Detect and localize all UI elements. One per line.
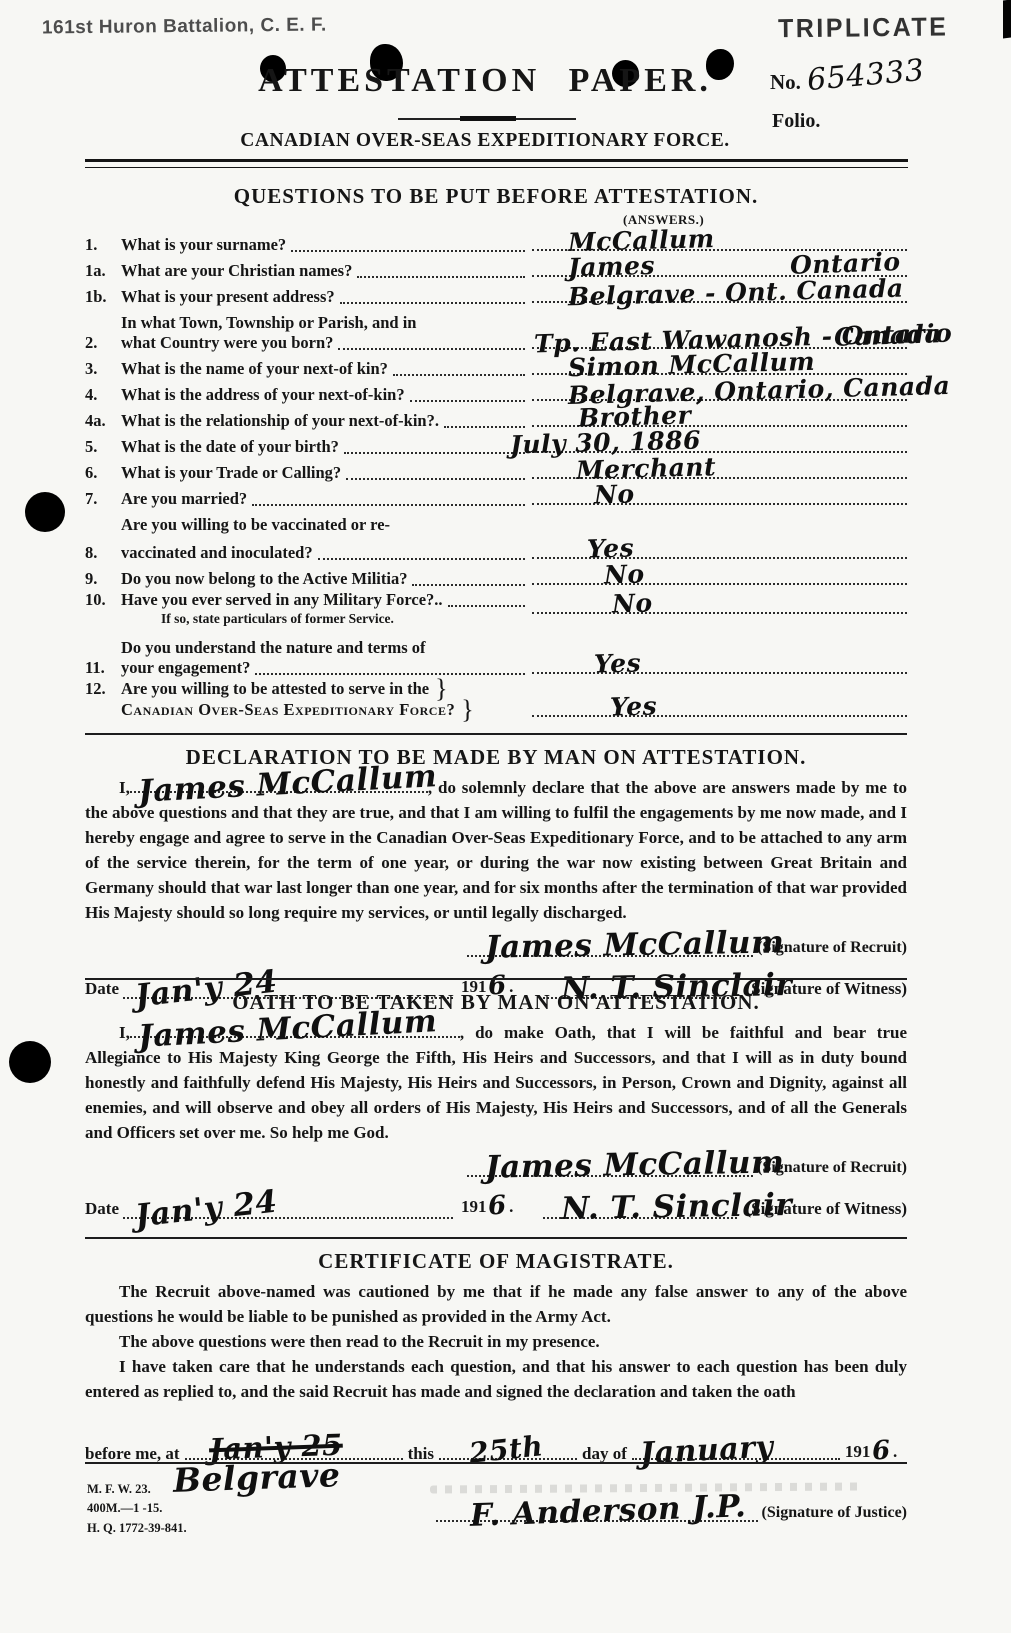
- declaration-paragraph: I,James McCallum, do solemnly declare th…: [85, 775, 907, 925]
- question-number: 5.: [85, 437, 121, 458]
- question-text: vaccinated and inoculated?: [121, 543, 313, 564]
- year-period: .: [509, 1197, 513, 1216]
- header-rule: [85, 159, 908, 168]
- hole-punch: [25, 492, 65, 532]
- question-row: 1b. What is your present address? Belgra…: [85, 282, 907, 308]
- serial-number-label: No.: [770, 70, 801, 95]
- question-row: 5. What is the date of your birth? July …: [85, 432, 907, 458]
- date-label: Date: [85, 1199, 119, 1219]
- oath-name-line: James McCallum: [130, 1024, 460, 1038]
- brace-glyph: }: [461, 700, 473, 721]
- question-line: what Country were you born?: [121, 333, 526, 354]
- answer-line: No: [532, 583, 907, 585]
- declarant-name-line: James McCallum: [130, 779, 428, 793]
- question-number: 4a.: [85, 411, 121, 432]
- question-number: 1.: [85, 235, 121, 256]
- question-row: 4a. What is the relationship of your nex…: [85, 406, 907, 432]
- question-line: What is your surname?: [121, 235, 526, 256]
- question-line: What is the relationship of your next-of…: [121, 411, 526, 432]
- question-row: 6. What is your Trade or Calling? Mercha…: [85, 458, 907, 484]
- dotted-leader: [448, 605, 525, 607]
- question-row: 9. Do you now belong to the Active Milit…: [85, 564, 907, 590]
- question-text: Are you married?: [121, 489, 247, 510]
- question-line: Do you understand the nature and terms o…: [121, 638, 526, 659]
- signature-line: James McCallum: [467, 1165, 753, 1177]
- question-number: 12.: [85, 679, 121, 700]
- question-text: Have you ever served in any Military For…: [121, 590, 443, 611]
- handwritten-answer: No: [612, 587, 653, 619]
- year-group: 1916.: [461, 1189, 513, 1219]
- year-printed: 191: [845, 1442, 871, 1461]
- question-line: What is the address of your next-of-kin?: [121, 385, 526, 406]
- handwritten-name: James McCallum: [137, 1009, 437, 1050]
- dotted-leader: [255, 673, 525, 675]
- triplicate-stamp: TRIPLICATE: [778, 12, 949, 44]
- question-line: What is your present address?: [121, 287, 526, 308]
- question-line: In what Town, Township or Parish, and in: [121, 313, 526, 334]
- hq-code: H. Q. 1772-39-841.: [87, 1519, 907, 1538]
- before-me-label: before me, at: [85, 1444, 180, 1464]
- question-body: Do you understand the nature and terms o…: [121, 638, 526, 679]
- question-line: What is the date of your birth?: [121, 437, 526, 458]
- title-divider: [398, 118, 576, 120]
- question-text: What are your Christian names?: [121, 261, 352, 282]
- date-line: Jan'y 24: [123, 1207, 453, 1219]
- question-number: 1a.: [85, 261, 121, 282]
- question-number: 1b.: [85, 287, 121, 308]
- question-number: 11.: [85, 658, 121, 679]
- question-line: Are you married?: [121, 489, 526, 510]
- question-line: Do you now belong to the Active Militia?: [121, 569, 526, 590]
- question-line: What is the name of your next-of kin?: [121, 359, 526, 380]
- question-body: What is the name of your next-of kin?: [121, 359, 526, 380]
- question-text: Do you now belong to the Active Militia?: [121, 569, 407, 590]
- section-rule: [85, 733, 907, 735]
- oath-body-bold: King George the Fifth,: [284, 1048, 455, 1067]
- question-row: 10. Have you ever served in any Military…: [85, 590, 907, 633]
- year-printed: 191: [461, 1197, 487, 1216]
- oath-intro: I,: [119, 1023, 130, 1042]
- question-number: 10.: [85, 590, 121, 611]
- declaration-heading: DECLARATION TO BE MADE BY MAN ON ATTESTA…: [85, 745, 907, 770]
- signature-line: N. T. Sinclair: [543, 1207, 737, 1219]
- question-body: What are your Christian names?: [121, 261, 526, 282]
- answer-line: Yes: [532, 715, 907, 717]
- title-divider-center: [460, 116, 516, 121]
- question-row: 4. What is the address of your next-of-k…: [85, 380, 907, 406]
- certificate-paragraph: The Recruit above-named was cautioned by…: [85, 1279, 907, 1329]
- question-text: What is the address of your next-of-kin?: [121, 385, 405, 406]
- place-line: Jan'y 25 Belgrave: [185, 1450, 403, 1460]
- signature-line: James McCallum: [467, 945, 753, 957]
- year-period: .: [893, 1442, 897, 1461]
- handwritten-answer: Canada: [833, 318, 941, 353]
- question-note: If so, state particulars of former Servi…: [121, 612, 526, 627]
- question-text: In what Town, Township or Parish, and in: [121, 313, 416, 334]
- questions-heading: QUESTIONS TO BE PUT BEFORE ATTESTATION.: [85, 184, 907, 209]
- question-text: Do you understand the nature and terms o…: [121, 638, 426, 659]
- question-number: 6.: [85, 463, 121, 484]
- answer-line: July 30, 1886: [532, 451, 907, 453]
- question-row: 11. Do you understand the nature and ter…: [85, 633, 907, 679]
- dotted-leader: [412, 584, 525, 586]
- handwritten-answer: James: [568, 250, 656, 284]
- dotted-leader: [410, 400, 525, 402]
- answer-line: Belgrave, Ontario, Canada: [532, 399, 907, 401]
- question-text: your engagement?: [121, 658, 250, 679]
- answer-line: Belgrave - Ont. Canada: [532, 301, 907, 303]
- year-group: 1916.: [845, 1434, 897, 1464]
- oath-section: OATH TO BE TAKEN BY MAN ON ATTESTATION. …: [85, 978, 907, 1219]
- question-text: What is the date of your birth?: [121, 437, 339, 458]
- question-body: What is your surname?: [121, 235, 526, 256]
- question-text: What is your present address?: [121, 287, 335, 308]
- dotted-leader: [346, 478, 525, 480]
- dotted-leader: [444, 426, 525, 428]
- dotted-leader: [340, 302, 525, 304]
- question-line: What is your Trade or Calling?: [121, 463, 526, 484]
- question-line: Canadian Over-Seas Expeditionary Force? …: [121, 700, 526, 721]
- question-text: What is your surname?: [121, 235, 286, 256]
- day-of-label: day of: [582, 1444, 627, 1464]
- question-number: 4.: [85, 385, 121, 406]
- battalion-stamp: 161st Huron Battalion, C. E. F.: [42, 15, 327, 40]
- question-body: What is the date of your birth?: [121, 437, 526, 458]
- recruit-signature-row: James McCallum (Signature of Recruit): [85, 1159, 907, 1177]
- question-text: What is the relationship of your next-of…: [121, 411, 439, 432]
- question-text: Are you willing to be vaccinated or re-: [121, 515, 390, 536]
- question-body: What is the address of your next-of-kin?: [121, 385, 526, 406]
- hole-punch: [9, 1041, 51, 1083]
- handwritten-answer: No: [604, 558, 645, 590]
- dotted-leader: [338, 348, 525, 350]
- section-rule: [85, 978, 907, 980]
- attestation-paper-scan: 161st Huron Battalion, C. E. F. TRIPLICA…: [0, 0, 1011, 1633]
- question-body: Have you ever served in any Military For…: [121, 590, 526, 626]
- question-line: vaccinated and inoculated?: [121, 543, 526, 564]
- serial-number-line: No. 654333: [770, 58, 924, 95]
- certificate-paragraph: I have taken care that he understands ea…: [85, 1354, 907, 1404]
- scan-edge-mark: [1003, 0, 1011, 39]
- question-body: Do you now belong to the Active Militia?: [121, 569, 526, 590]
- answer-line: No: [532, 612, 907, 614]
- question-body: Are you willing to be vaccinated or re- …: [121, 515, 526, 564]
- dotted-leader: [344, 452, 525, 454]
- dotted-leader: [318, 558, 525, 560]
- question-number: 7.: [85, 489, 121, 510]
- day-line: 25th: [439, 1450, 577, 1460]
- handwritten-answer: Yes: [610, 690, 658, 722]
- question-number: 9.: [85, 569, 121, 590]
- dotted-leader: [357, 276, 525, 278]
- question-body: What is your present address?: [121, 287, 526, 308]
- question-row: 8. Are you willing to be vaccinated or r…: [85, 510, 907, 564]
- footer-section: M. F. W. 23. 400M.—1 -15. H. Q. 1772-39-…: [85, 1462, 907, 1538]
- question-number: 8.: [85, 543, 121, 564]
- oath-paragraph: I,James McCallum, do make Oath, that I w…: [85, 1020, 907, 1145]
- question-row: 7. Are you married? No: [85, 484, 907, 510]
- force-subtitle: CANADIAN OVER-SEAS EXPEDITIONARY FORCE.: [55, 130, 915, 152]
- section-rule: [85, 1237, 907, 1239]
- question-text: Are you willing to be attested to serve …: [121, 679, 429, 700]
- oath-heading: OATH TO BE TAKEN BY MAN ON ATTESTATION.: [85, 990, 907, 1015]
- question-text: What is the name of your next-of kin?: [121, 359, 388, 380]
- answer-line: Yes: [532, 557, 907, 559]
- before-me-line: before me, at Jan'y 25 Belgrave this 25t…: [85, 1434, 907, 1464]
- question-line: Have you ever served in any Military For…: [121, 590, 526, 611]
- question-body: What is your Trade or Calling?: [121, 463, 526, 484]
- certificate-paragraph: The above questions were then read to th…: [85, 1329, 907, 1354]
- question-row: 12. Are you willing to be attested to se…: [85, 679, 907, 729]
- handwritten-name: James McCallum: [137, 764, 437, 805]
- answer-line: Merchant: [532, 477, 907, 479]
- question-text: Canadian Over-Seas Expeditionary Force?: [121, 700, 455, 721]
- question-line: Are you willing to be vaccinated or re-: [121, 515, 526, 536]
- date-row: Date Jan'y 24 1916. N. T. Sinclair (Sign…: [85, 1189, 907, 1219]
- recruit-signature-row: James McCallum (Signature of Recruit): [85, 939, 907, 957]
- dotted-leader: [393, 374, 525, 376]
- certificate-heading: CERTIFICATE OF MAGISTRATE.: [85, 1249, 907, 1274]
- question-number: 2.: [85, 333, 121, 354]
- question-body: Are you married?: [121, 489, 526, 510]
- question-text: what Country were you born?: [121, 333, 333, 354]
- question-row: 1. What is your surname? McCallum: [85, 230, 907, 256]
- this-label: this: [408, 1444, 434, 1464]
- handwritten-date: Jan'y 24: [133, 1184, 279, 1235]
- dotted-leader: [252, 504, 525, 506]
- handwritten-year-digit: 6: [487, 1190, 508, 1221]
- print-run-code: 400M.—1 -15.: [87, 1499, 907, 1518]
- declaration-intro: I,: [119, 778, 130, 797]
- dotted-leader: [291, 250, 525, 252]
- brace-glyph: }: [435, 679, 447, 700]
- question-line: What are your Christian names?: [121, 261, 526, 282]
- section-rule: [85, 1462, 907, 1464]
- question-line: your engagement?: [121, 658, 526, 679]
- handwritten-answer: No: [594, 478, 635, 510]
- form-body: QUESTIONS TO BE PUT BEFORE ATTESTATION. …: [85, 178, 907, 1633]
- answer-line: No: [532, 503, 907, 505]
- question-text: What is your Trade or Calling?: [121, 463, 341, 484]
- handwritten-answer: Yes: [594, 647, 642, 679]
- month-line: January: [632, 1450, 840, 1460]
- question-body: Are you willing to be attested to serve …: [121, 679, 526, 721]
- declaration-section: DECLARATION TO BE MADE BY MAN ON ATTESTA…: [85, 733, 907, 999]
- declaration-body-bold: Canadian Over-Seas Expeditionary Force,: [376, 828, 684, 847]
- answer-line: Yes: [532, 672, 907, 674]
- serial-number-value: 654333: [806, 53, 926, 98]
- question-number: 3.: [85, 359, 121, 380]
- witness-signature: N. T. Sinclair: [561, 1187, 793, 1227]
- recruit-signature: James McCallum: [485, 1144, 785, 1185]
- recruit-signature: James McCallum: [485, 924, 785, 965]
- question-body: What is the relationship of your next-of…: [121, 411, 526, 432]
- question-body: In what Town, Township or Parish, and in…: [121, 313, 526, 354]
